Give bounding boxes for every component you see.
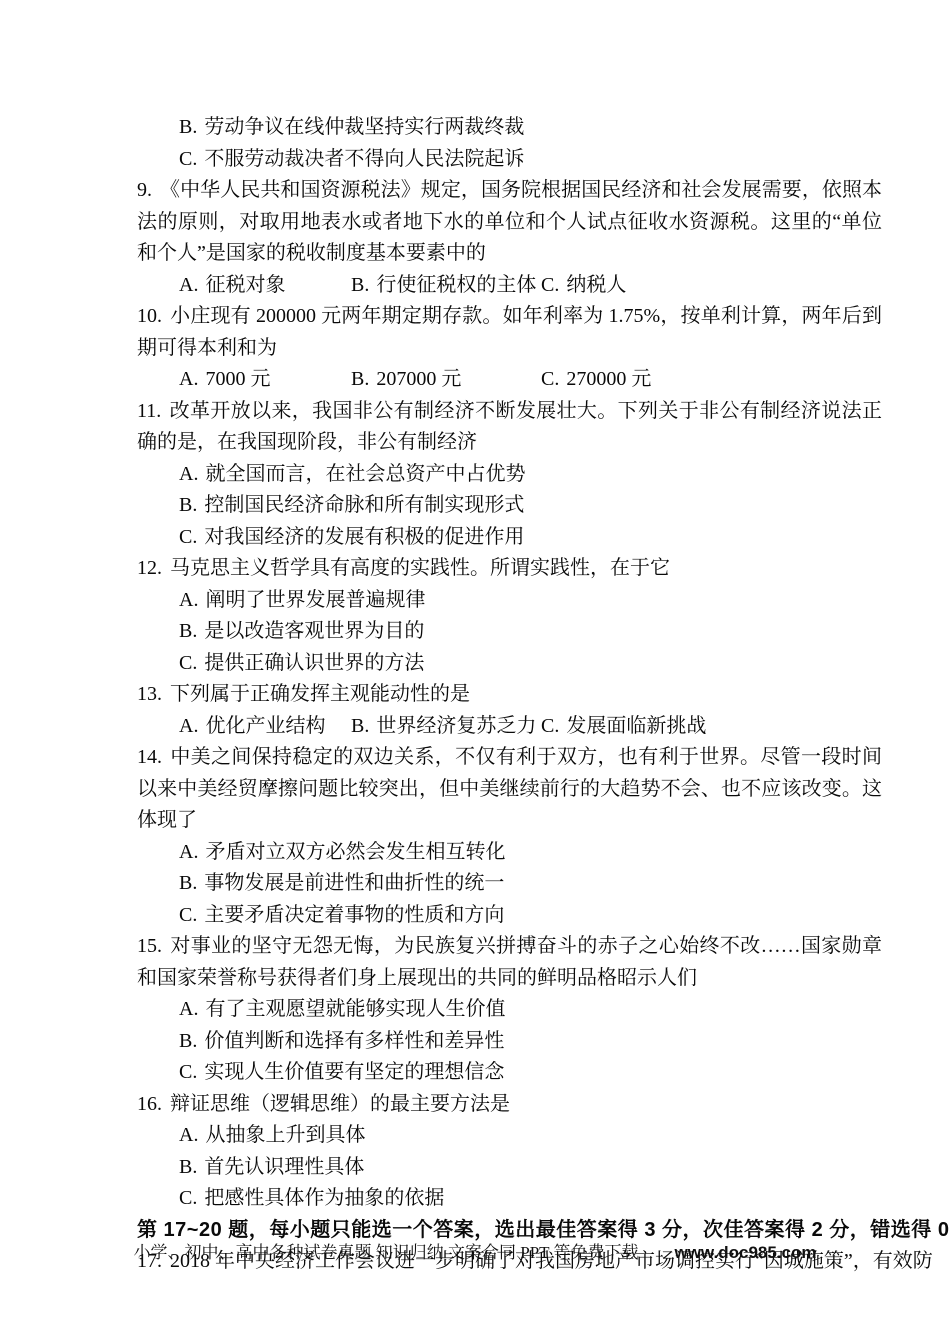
question-number: 11. xyxy=(137,400,161,422)
option-text: 首先认识理性具体 xyxy=(204,1156,364,1178)
option-text: 是以改造客观世界为目的 xyxy=(204,620,424,642)
option: B.劳动争议在线仲裁坚持实行两裁终裁 xyxy=(179,116,524,138)
question-number: 13. xyxy=(137,683,162,705)
option-label: C. xyxy=(179,148,197,170)
question-number: 12. xyxy=(137,557,162,579)
option: C.把感性具体作为抽象的依据 xyxy=(179,1187,444,1209)
option: A.征税对象 xyxy=(179,270,351,302)
question-number: 10. xyxy=(137,305,162,327)
option: C.主要矛盾决定着事物的性质和方向 xyxy=(179,904,504,926)
option: A.从抽象上升到具体 xyxy=(179,1124,365,1146)
question: 9.《中华人民共和国资源税法》规定，国务院根据国民经济和社会发展需要，依照本法的… xyxy=(137,175,882,301)
option: A.有了主观愿望就能够实现人生价值 xyxy=(179,998,505,1020)
option-text: 从抽象上升到具体 xyxy=(205,1124,365,1146)
leading-option-row: B.劳动争议在线仲裁坚持实行两裁终裁 xyxy=(137,112,882,144)
footer-site-url: www.doc985.com xyxy=(674,1241,816,1265)
option-text: 207000 元 xyxy=(376,368,461,390)
option-text: 有了主观愿望就能够实现人生价值 xyxy=(205,998,505,1020)
question-stem-text: 《中华人民共和国资源税法》规定，国务院根据国民经济和社会发展需要，依照本法的原则… xyxy=(137,179,882,264)
option: A.阐明了世界发展普遍规律 xyxy=(179,589,425,611)
option-label: C. xyxy=(179,652,197,674)
option-text: 纳税人 xyxy=(566,274,626,296)
question: 12.马克思主义哲学具有高度的实践性。所谓实践性，在于它A.阐明了世界发展普遍规… xyxy=(137,553,882,679)
question-stem: 16.辩证思维（逻辑思维）的最主要方法是 xyxy=(137,1089,882,1121)
question-stem-text: 下列属于正确发挥主观能动性的是 xyxy=(170,683,470,705)
option-label: A. xyxy=(179,715,198,737)
question-stem: 11.改革开放以来，我国非公有制经济不断发展壮大。下列关于非公有制经济说法正确的… xyxy=(137,396,882,459)
option-row: B.是以改造客观世界为目的 xyxy=(137,616,882,648)
option-row: A.有了主观愿望就能够实现人生价值 xyxy=(137,994,882,1026)
question-stem-text: 对事业的坚守无怨无悔，为民族复兴拼搏奋斗的赤子之心始终不改……国家勋章和国家荣誉… xyxy=(137,935,882,989)
options-row: A.优化产业结构B.世界经济复苏乏力C.发展面临新挑战 xyxy=(137,711,882,743)
option-label: C. xyxy=(541,368,559,390)
option-row: A.矛盾对立双方必然会发生相互转化 xyxy=(137,837,882,869)
option-text: 对我国经济的发展有积极的促进作用 xyxy=(204,526,524,548)
option-text: 发展面临新挑战 xyxy=(566,715,706,737)
question: 16.辩证思维（逻辑思维）的最主要方法是A.从抽象上升到具体B.首先认识理性具体… xyxy=(137,1089,882,1215)
option-text: 7000 元 xyxy=(205,368,270,390)
page-body: B.劳动争议在线仲裁坚持实行两裁终裁C.不服劳动裁决者不得向人民法院起诉9.《中… xyxy=(137,112,882,1278)
question-stem: 13.下列属于正确发挥主观能动性的是 xyxy=(137,679,882,711)
option-row: C.把感性具体作为抽象的依据 xyxy=(137,1183,882,1215)
option: A.矛盾对立双方必然会发生相互转化 xyxy=(179,841,505,863)
question-number: 9. xyxy=(137,179,152,201)
option: C.对我国经济的发展有积极的促进作用 xyxy=(179,526,524,548)
option: A.就全国而言，在社会总资产中占优势 xyxy=(179,463,525,485)
option: B.首先认识理性具体 xyxy=(179,1156,364,1178)
option-label: B. xyxy=(179,1156,197,1178)
option: C.不服劳动裁决者不得向人民法院起诉 xyxy=(179,148,524,170)
question-stem: 9.《中华人民共和国资源税法》规定，国务院根据国民经济和社会发展需要，依照本法的… xyxy=(137,175,882,270)
option: C.实现人生价值要有坚定的理想信念 xyxy=(179,1061,504,1083)
option-label: B. xyxy=(179,494,197,516)
footer-promo-text: 小学、初中、高中各种试卷真题 知识归纳 文案合同 PPT 等免费下载 xyxy=(133,1241,638,1265)
question: 13.下列属于正确发挥主观能动性的是A.优化产业结构B.世界经济复苏乏力C.发展… xyxy=(137,679,882,742)
option-label: C. xyxy=(179,904,197,926)
option: C.提供正确认识世界的方法 xyxy=(179,652,424,674)
questions-container: B.劳动争议在线仲裁坚持实行两裁终裁C.不服劳动裁决者不得向人民法院起诉9.《中… xyxy=(137,112,882,1215)
question-stem: 15.对事业的坚守无怨无悔，为民族复兴拼搏奋斗的赤子之心始终不改……国家勋章和国… xyxy=(137,931,882,994)
option-label: C. xyxy=(541,274,559,296)
option-text: 征税对象 xyxy=(205,274,285,296)
option: B.行使征税权的主体 xyxy=(351,270,541,302)
question-stem: 10.小庄现有 200000 元两年期定期存款。如年利率为 1.75%，按单利计… xyxy=(137,301,882,364)
option-label: B. xyxy=(351,274,369,296)
option-text: 就全国而言，在社会总资产中占优势 xyxy=(205,463,525,485)
option-label: B. xyxy=(351,368,369,390)
question: 15.对事业的坚守无怨无悔，为民族复兴拼搏奋斗的赤子之心始终不改……国家勋章和国… xyxy=(137,931,882,1089)
question-stem-text: 改革开放以来，我国非公有制经济不断发展壮大。下列关于非公有制经济说法正确的是，在… xyxy=(137,400,882,454)
question: 14.中美之间保持稳定的双边关系，不仅有利于双方，也有利于世界。尽管一段时间以来… xyxy=(137,742,882,931)
option: A.优化产业结构 xyxy=(179,711,351,743)
option-label: A. xyxy=(179,1124,198,1146)
option-row: C.主要矛盾决定着事物的性质和方向 xyxy=(137,900,882,932)
option-text: 主要矛盾决定着事物的性质和方向 xyxy=(204,904,504,926)
question-stem-text: 辩证思维（逻辑思维）的最主要方法是 xyxy=(170,1093,510,1115)
question-stem-text: 马克思主义哲学具有高度的实践性。所谓实践性，在于它 xyxy=(170,557,670,579)
option-label: B. xyxy=(351,715,369,737)
option-row: A.阐明了世界发展普遍规律 xyxy=(137,585,882,617)
option-label: C. xyxy=(179,1187,197,1209)
option-row: C.对我国经济的发展有积极的促进作用 xyxy=(137,522,882,554)
options-row: A.征税对象B.行使征税权的主体C.纳税人 xyxy=(137,270,882,302)
option-row: B.价值判断和选择有多样性和差异性 xyxy=(137,1026,882,1058)
question-number: 14. xyxy=(137,746,162,768)
option-label: B. xyxy=(179,1030,197,1052)
option-label: A. xyxy=(179,463,198,485)
option-row: B.控制国民经济命脉和所有制实现形式 xyxy=(137,490,882,522)
option: B.事物发展是前进性和曲折性的统一 xyxy=(179,872,504,894)
option-text: 优化产业结构 xyxy=(205,715,325,737)
option-text: 把感性具体作为抽象的依据 xyxy=(204,1187,444,1209)
option: B.价值判断和选择有多样性和差异性 xyxy=(179,1030,504,1052)
option-row: A.就全国而言，在社会总资产中占优势 xyxy=(137,459,882,491)
options-row: A.7000 元B.207000 元C.270000 元 xyxy=(137,364,882,396)
option-label: A. xyxy=(179,589,198,611)
option-label: B. xyxy=(179,872,197,894)
option-text: 事物发展是前进性和曲折性的统一 xyxy=(204,872,504,894)
option: A.7000 元 xyxy=(179,364,351,396)
option-text: 行使征税权的主体 xyxy=(376,274,536,296)
question: 10.小庄现有 200000 元两年期定期存款。如年利率为 1.75%，按单利计… xyxy=(137,301,882,396)
option-text: 世界经济复苏乏力 xyxy=(376,715,536,737)
question: 11.改革开放以来，我国非公有制经济不断发展壮大。下列关于非公有制经济说法正确的… xyxy=(137,396,882,554)
option-label: C. xyxy=(541,715,559,737)
option-label: A. xyxy=(179,274,198,296)
option-row: C.提供正确认识世界的方法 xyxy=(137,648,882,680)
leading-option-row: C.不服劳动裁决者不得向人民法院起诉 xyxy=(137,144,882,176)
option: C.发展面临新挑战 xyxy=(541,711,706,743)
option-label: C. xyxy=(179,1061,197,1083)
footer: 小学、初中、高中各种试卷真题 知识归纳 文案合同 PPT 等免费下载 www.d… xyxy=(0,1241,950,1265)
option-row: A.从抽象上升到具体 xyxy=(137,1120,882,1152)
option-text: 不服劳动裁决者不得向人民法院起诉 xyxy=(204,148,524,170)
option: B.控制国民经济命脉和所有制实现形式 xyxy=(179,494,524,516)
option-text: 实现人生价值要有坚定的理想信念 xyxy=(204,1061,504,1083)
option-label: C. xyxy=(179,526,197,548)
option: B.世界经济复苏乏力 xyxy=(351,711,541,743)
option-text: 劳动争议在线仲裁坚持实行两裁终裁 xyxy=(204,116,524,138)
option-text: 价值判断和选择有多样性和差异性 xyxy=(204,1030,504,1052)
option-text: 阐明了世界发展普遍规律 xyxy=(205,589,425,611)
option-text: 270000 元 xyxy=(566,368,651,390)
question-stem-text: 小庄现有 200000 元两年期定期存款。如年利率为 1.75%，按单利计算，两… xyxy=(137,305,882,359)
option-row: B.事物发展是前进性和曲折性的统一 xyxy=(137,868,882,900)
question-number: 16. xyxy=(137,1093,162,1115)
option: C.270000 元 xyxy=(541,364,651,396)
option-label: B. xyxy=(179,620,197,642)
option: B.207000 元 xyxy=(351,364,541,396)
question-stem: 14.中美之间保持稳定的双边关系，不仅有利于双方，也有利于世界。尽管一段时间以来… xyxy=(137,742,882,837)
option-row: B.首先认识理性具体 xyxy=(137,1152,882,1184)
option-label: A. xyxy=(179,998,198,1020)
option-text: 矛盾对立双方必然会发生相互转化 xyxy=(205,841,505,863)
option: C.纳税人 xyxy=(541,270,626,302)
option-row: C.实现人生价值要有坚定的理想信念 xyxy=(137,1057,882,1089)
option-text: 控制国民经济命脉和所有制实现形式 xyxy=(204,494,524,516)
question-number: 15. xyxy=(137,935,162,957)
question-stem: 12.马克思主义哲学具有高度的实践性。所谓实践性，在于它 xyxy=(137,553,882,585)
option-label: B. xyxy=(179,116,197,138)
exam-page: B.劳动争议在线仲裁坚持实行两裁终裁C.不服劳动裁决者不得向人民法院起诉9.《中… xyxy=(0,0,950,1344)
option-label: A. xyxy=(179,841,198,863)
option: B.是以改造客观世界为目的 xyxy=(179,620,424,642)
question-stem-text: 中美之间保持稳定的双边关系，不仅有利于双方，也有利于世界。尽管一段时间以来中美经… xyxy=(137,746,882,831)
option-text: 提供正确认识世界的方法 xyxy=(204,652,424,674)
option-label: A. xyxy=(179,368,198,390)
